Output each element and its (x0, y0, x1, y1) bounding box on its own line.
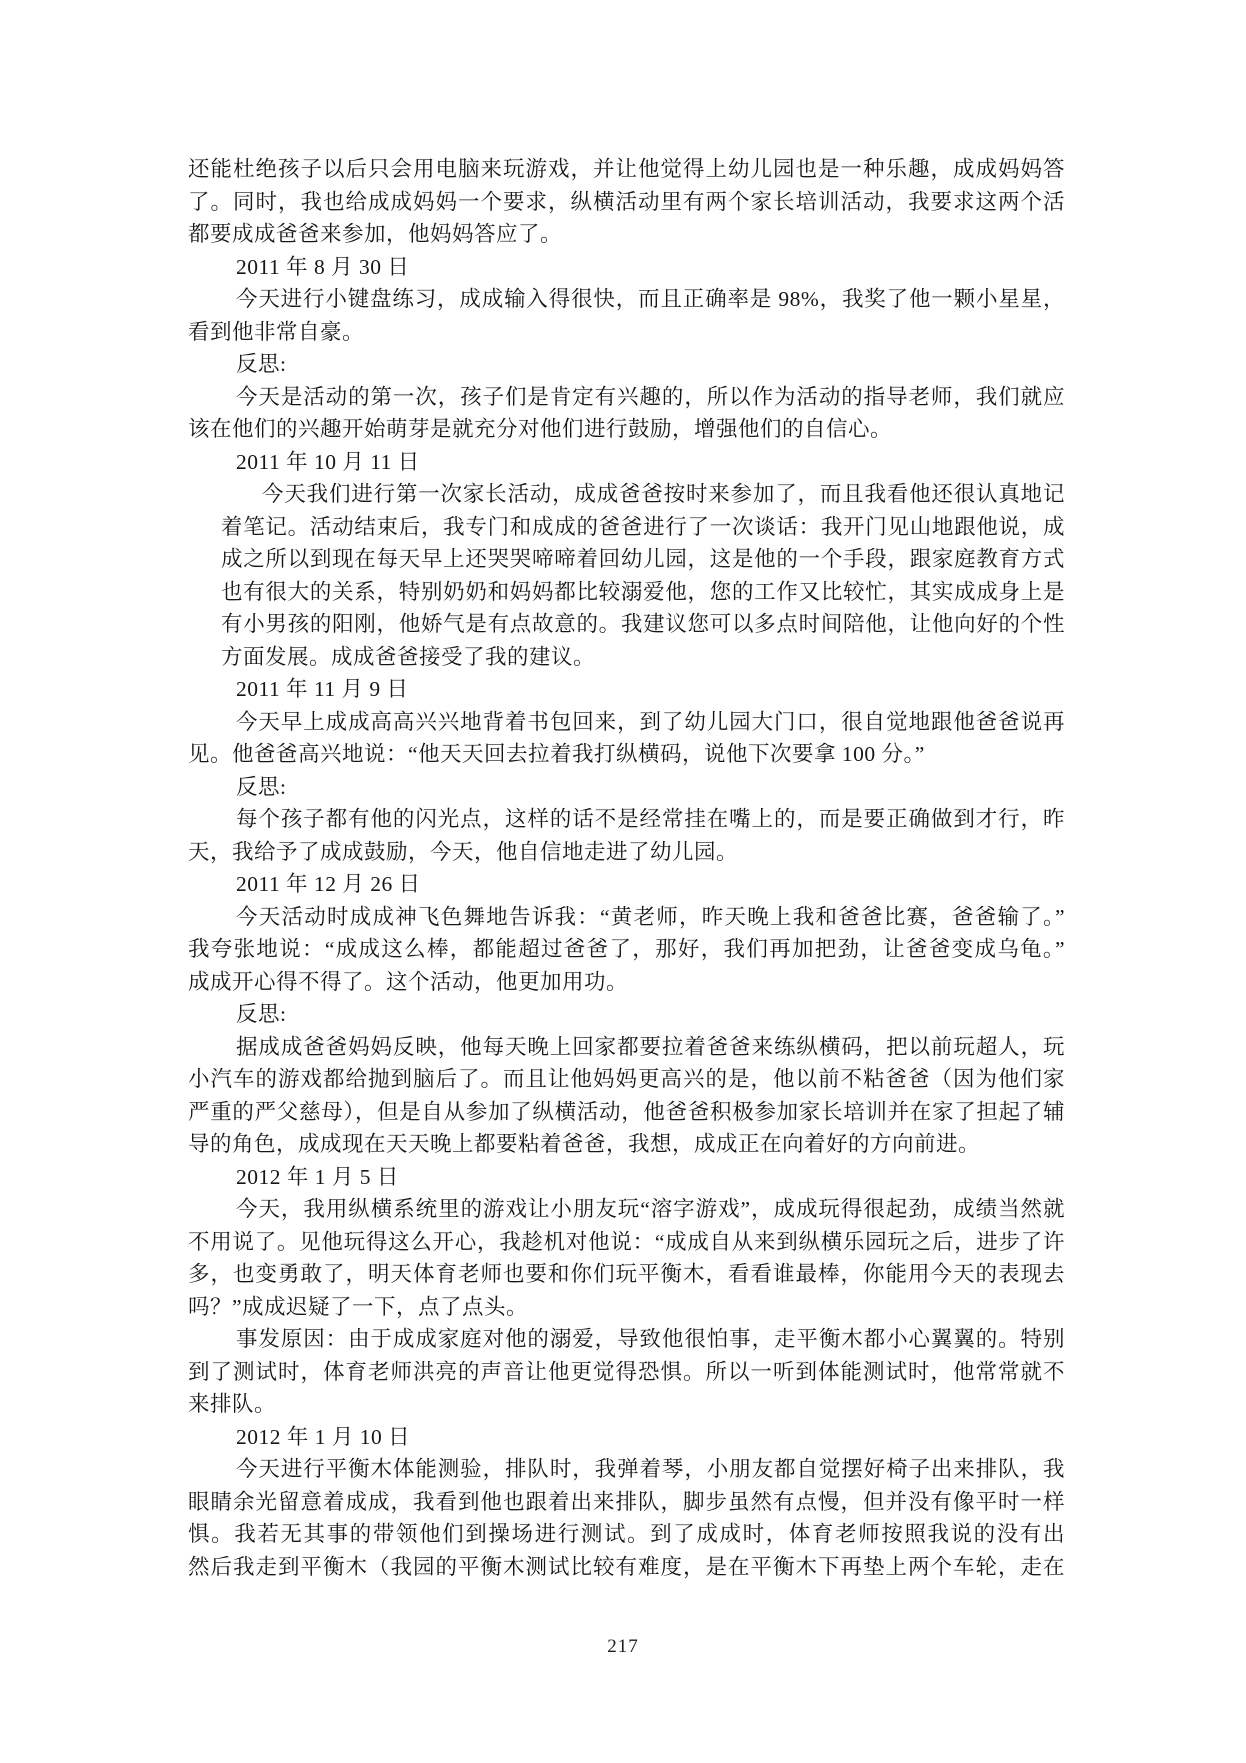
text-line: 导的角色，成成现在天天晚上都要粘着爸爸，我想，成成正在向着好的方向前进。 (188, 1128, 1065, 1161)
text-line: 今天我们进行第一次家长活动，成成爸爸按时来参加了，而且我看他还很认真地记 (188, 478, 1065, 511)
text-line: 今天，我用纵横系统里的游戏让小朋友玩“溶字游戏”，成成玩得很起劲，成绩当然就 (188, 1193, 1065, 1226)
date-line: 2011 年 8 月 30 日 (188, 251, 1065, 284)
document-page: 还能杜绝孩子以后只会用电脑来玩游戏，并让他觉得上幼儿园也是一种乐趣，成成妈妈答应… (0, 0, 1246, 1763)
text-line: 到了测试时，体育老师洪亮的声音让他更觉得恐惧。所以一听到体能测试时，他常常就不出 (188, 1356, 1065, 1389)
reflection-label: 反思: (188, 998, 1065, 1031)
text-line: 看到他非常自豪。 (188, 316, 1065, 349)
text-line: 今天进行小键盘练习，成成输入得很快，而且正确率是 98%，我奖了他一颗小星星，我 (188, 283, 1065, 316)
date-line: 2011 年 10 月 11 日 (188, 446, 1065, 479)
text-line: 成之所以到现在每天早上还哭哭啼啼着回幼儿园，这是他的一个手段，跟家庭教育方式 (188, 543, 1065, 576)
text-line: 都要成成爸爸来参加，他妈妈答应了。 (188, 218, 1065, 251)
text-line: 该在他们的兴趣开始萌芽是就充分对他们进行鼓励，增强他们的自信心。 (188, 413, 1065, 446)
text-line: 吗？”成成迟疑了一下，点了点头。 (188, 1291, 1065, 1324)
text-line: 严重的严父慈母），但是自从参加了纵横活动，他爸爸积极参加家长培训并在家了担起了辅 (188, 1096, 1065, 1129)
page-footer: 217 (0, 1634, 1246, 1660)
text-line: 来排队。 (188, 1388, 1065, 1421)
date-line: 2011 年 11 月 9 日 (188, 673, 1065, 706)
text-line: 今天活动时成成神飞色舞地告诉我：“黄老师，昨天晚上我和爸爸比赛，爸爸输了。” (188, 901, 1065, 934)
text-line: 有小男孩的阳刚，他娇气是有点故意的。我建议您可以多点时间陪他，让他向好的个性 (188, 608, 1065, 641)
text-line: 不用说了。见他玩得这么开心，我趁机对他说：“成成自从来到纵横乐园玩之后，进步了许 (188, 1226, 1065, 1259)
text-line: 小汽车的游戏都给抛到脑后了。而且让他妈妈更高兴的是，他以前不粘爸爸（因为他们家是 (188, 1063, 1065, 1096)
date-line: 2012 年 1 月 5 日 (188, 1161, 1065, 1194)
text-line: 然后我走到平衡木（我园的平衡木测试比较有难度，是在平衡木下再垫上两个车轮，走在上 (188, 1551, 1065, 1584)
text-line: 今天是活动的第一次，孩子们是肯定有兴趣的，所以作为活动的指导老师，我们就应 (188, 381, 1065, 414)
reflection-label: 反思: (188, 771, 1065, 804)
text-line: 今天进行平衡木体能测验，排队时，我弹着琴，小朋友都自觉摆好椅子出来排队，我用 (188, 1453, 1065, 1486)
text-line: 着笔记。活动结束后，我专门和成成的爸爸进行了一次谈话：我开门见山地跟他说，成 (188, 511, 1065, 544)
text-line: 惧。我若无其事的带领他们到操场进行测试。到了成成时，体育老师按照我说的没有出声， (188, 1518, 1065, 1551)
text-line: 见。他爸爸高兴地说：“他天天回去拉着我打纵横码，说他下次要拿 100 分。” (188, 738, 1065, 771)
text-line: 事发原因：由于成成家庭对他的溺爱，导致他很怕事，走平衡木都小心翼翼的。特别是 (188, 1323, 1065, 1356)
text-line: 天，我给予了成成鼓励，今天，他自信地走进了幼儿园。 (188, 836, 1065, 869)
text-line: 了。同时，我也给成成妈妈一个要求，纵横活动里有两个家长培训活动，我要求这两个活动 (188, 186, 1065, 219)
date-line: 2012 年 1 月 10 日 (188, 1421, 1065, 1454)
text-line: 每个孩子都有他的闪光点，这样的话不是经常挂在嘴上的，而是要正确做到才行，昨 (188, 803, 1065, 836)
page-number: 217 (607, 1634, 639, 1660)
text-line: 今天早上成成高高兴兴地背着书包回来，到了幼儿园大门口，很自觉地跟他爸爸说再 (188, 706, 1065, 739)
text-line: 也有很大的关系，特别奶奶和妈妈都比较溺爱他，您的工作又比较忙，其实成成身上是 (188, 576, 1065, 609)
text-line: 成成开心得不得了。这个活动，他更加用功。 (188, 966, 1065, 999)
document-body: 还能杜绝孩子以后只会用电脑来玩游戏，并让他觉得上幼儿园也是一种乐趣，成成妈妈答应… (188, 153, 1065, 1583)
date-line: 2011 年 12 月 26 日 (188, 868, 1065, 901)
text-line: 还能杜绝孩子以后只会用电脑来玩游戏，并让他觉得上幼儿园也是一种乐趣，成成妈妈答应 (188, 153, 1065, 186)
text-line: 眼睛余光留意着成成，我看到他也跟着出来排队，脚步虽然有点慢，但并没有像平时一样恐 (188, 1486, 1065, 1519)
text-line: 多，也变勇敢了，明天体育老师也要和你们玩平衡木，看看谁最棒，你能用今天的表现去做 (188, 1258, 1065, 1291)
reflection-label: 反思: (188, 348, 1065, 381)
text-line: 我夸张地说：“成成这么棒，都能超过爸爸了，那好，我们再加把劲，让爸爸变成乌龟。” (188, 933, 1065, 966)
text-line: 据成成爸爸妈妈反映，他每天晚上回家都要拉着爸爸来练纵横码，把以前玩超人，玩 (188, 1031, 1065, 1064)
text-line: 方面发展。成成爸爸接受了我的建议。 (188, 641, 1065, 674)
